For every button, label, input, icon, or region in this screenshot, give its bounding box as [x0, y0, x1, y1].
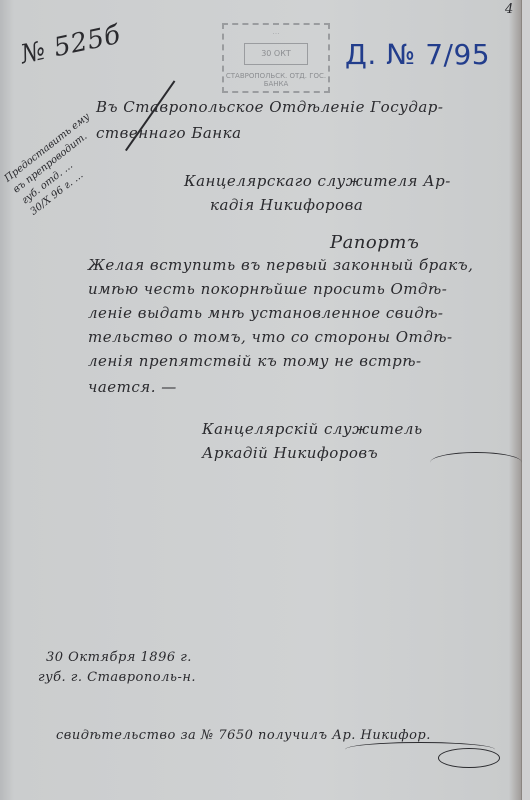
signature-title: Канцелярскій служитель [202, 420, 423, 438]
receipt-line: свидѣтельство за № 7650 получилъ Ар. Ник… [56, 728, 431, 743]
body-line: Желая вступить въ первый законный бракъ, [88, 256, 473, 274]
addressee-line-2: ственнаго Банка [96, 124, 242, 142]
stamp-date: 30 ОКТ [244, 43, 308, 65]
page-edge [521, 0, 530, 800]
bank-stamp: … 30 ОКТ СТАВРОПОЛЬСК. ОТД. ГОС. БАНКА [222, 23, 330, 93]
addressee-line-1: Въ Ставропольское Отдѣленіе Государ- [96, 98, 443, 116]
receipt-signature-loop [438, 748, 500, 768]
signature-name: Аркадій Никифоровъ [202, 444, 378, 462]
stamp-top: … [224, 28, 328, 36]
sender-line-1: Канцелярскаго служителя Ар- [184, 172, 451, 190]
signature-flourish [430, 452, 522, 473]
body-line: чается. — [88, 378, 177, 396]
date-line: 30 Октября 1896 г. [46, 650, 192, 665]
sender-line-2: кадія Никифорова [210, 196, 363, 214]
registry-number: № 525б [18, 20, 123, 70]
stamp-bottom: СТАВРОПОЛЬСК. ОТД. ГОС. БАНКА [224, 72, 328, 88]
report-heading: Рапортъ [330, 232, 419, 253]
place-line: губ. г. Ставрополь-н. [38, 670, 196, 685]
body-line: ленія препятствій къ тому не встрѣ- [88, 352, 422, 370]
body-line: тельство о томъ, что со стороны Отдѣ- [88, 328, 453, 346]
body-line: леніе выдать мнѣ установленное свидѣ- [88, 304, 444, 322]
case-number: Д. № 7/95 [345, 38, 490, 71]
body-line: имѣю честь покорнѣйше просить Отдѣ- [88, 280, 447, 298]
page-number: 4 [505, 2, 514, 17]
document-page: № 525б … 30 ОКТ СТАВРОПОЛЬСК. ОТД. ГОС. … [0, 0, 530, 800]
